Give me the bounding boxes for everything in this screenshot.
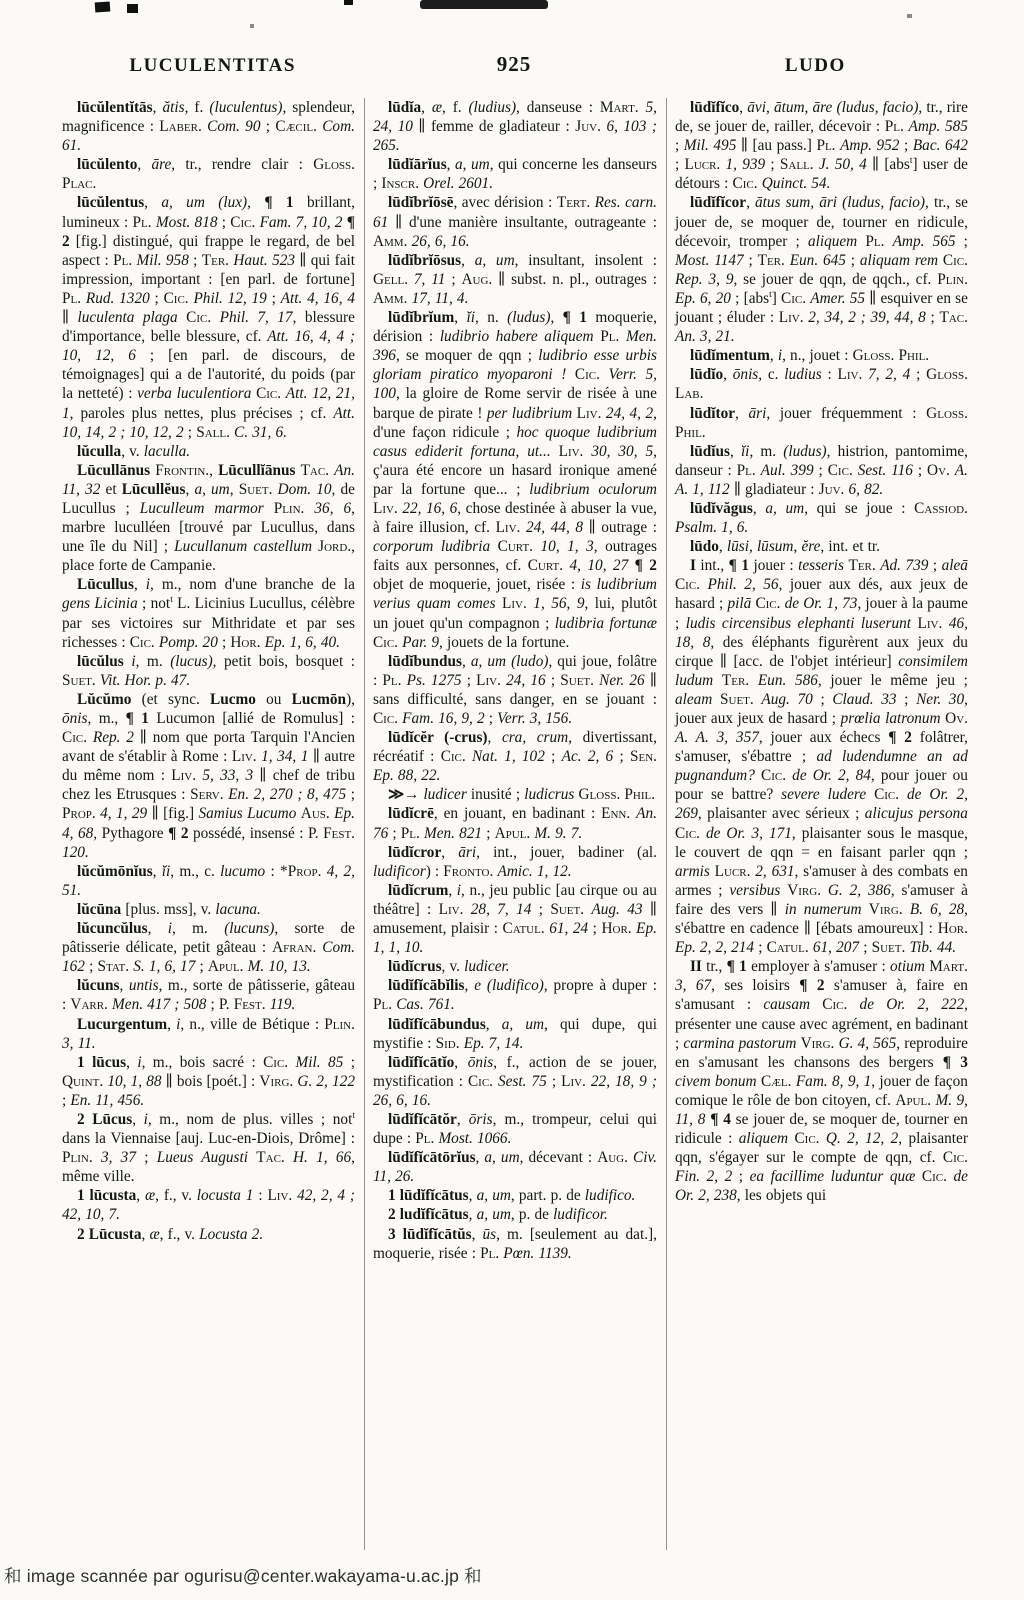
dictionary-entry: lūdĭtor, āri, jouer fréquemment : Gloss.… [675, 404, 968, 442]
dictionary-entry: lūdĭbundus, a, um (ludo), qui joue, folâ… [373, 652, 657, 728]
scan-artifact [344, 0, 353, 5]
dictionary-entry: II tr., ¶ 1 employer à s'amuser : otium … [675, 957, 968, 1205]
dictionary-entry: 1 lūdĭfĭcātus, a, um, part. p. de ludifi… [373, 1186, 657, 1205]
dictionary-entry: lŭculla, v. laculla. [62, 442, 355, 461]
dictionary-entry: lūdĭmentum, i, n., jouet : Gloss. Phil. [675, 346, 968, 365]
dictionary-entry: lūdĭfĭco, āvi, ātum, āre (ludus, facio),… [675, 98, 968, 193]
scan-artifact [907, 14, 912, 18]
dictionary-entry: lŭcūna [plus. mss], v. lacuna. [62, 900, 355, 919]
scan-artifact [250, 24, 254, 28]
dictionary-entry: ≫→ ludicer inusité ; ludicrus Gloss. Phi… [373, 785, 657, 804]
dictionary-entry: lūdĭfĭcātōrĭus, a, um, décevant : Aug. C… [373, 1148, 657, 1186]
dictionary-entry: lŭcuncŭlus, i, m. (lucuns), sorte de pât… [62, 919, 355, 976]
dictionary-entry: 2 Lūcus, i, m., nom de plus. villes ; no… [62, 1110, 355, 1186]
dictionary-entry: lŭcŭmōnĭus, ĭi, m., c. lucumo : *Prop. 4… [62, 862, 355, 900]
dictionary-entry: lūdĭfĭcātĭo, ōnis, f., action de se joue… [373, 1053, 657, 1110]
dictionary-entry: lūdĭfĭcor, ātus sum, āri (ludus, facio),… [675, 193, 968, 346]
dictionary-entry: lūdĭvăgus, a, um, qui se joue : Cassiod.… [675, 499, 968, 537]
column-2: lūdĭa, æ, f. (ludius), danseuse : Mart. … [364, 98, 666, 1550]
scan-artifact [95, 1, 111, 12]
running-head-left: LUCULENTITAS [129, 55, 296, 76]
dictionary-entry: lūdĭcror, āri, int., jouer, badiner (al.… [373, 843, 657, 881]
dictionary-entry: lūdo, lūsi, lūsum, ĕre, int. et tr. [675, 537, 968, 556]
dictionary-entry: lūdĭbrĭōsē, avec dérision : Tert. Res. c… [373, 193, 657, 250]
dictionary-entry: lūdĭbrĭōsus, a, um, insultant, insolent … [373, 251, 657, 308]
dictionary-entry: Lūcullānus Frontin., Lūcullĭānus Tac. An… [62, 461, 355, 576]
dictionary-entry: lūdĭus, ĭi, m. (ludus), histrion, pantom… [675, 442, 968, 499]
dictionary-entry: lūcŭlentĭtās, ătis, f. (luculentus), spl… [62, 98, 355, 155]
dictionary-entry: lūdĭfĭcābĭlis, e (ludifico), propre à du… [373, 976, 657, 1014]
dictionary-entry: lŭcuns, untis, m., sorte de pâtisserie, … [62, 976, 355, 1014]
dictionary-entry: lūcŭlento, āre, tr., rendre clair : Glos… [62, 155, 355, 193]
dictionary-entry: lūdĭcrus, v. ludicer. [373, 957, 657, 976]
dictionary-entry: Lŭcŭmo (et sync. Lucmo ou Lucmōn), ōnis,… [62, 690, 355, 862]
dictionary-entry: lūdĭfĭcābundus, a, um, qui dupe, qui mys… [373, 1015, 657, 1053]
dictionary-entry: lūdĭcrē, en jouant, en badinant : Enn. A… [373, 804, 657, 842]
page-number: 925 [497, 52, 532, 76]
dictionary-entry: lūdĭo, ōnis, c. ludius : Liv. 7, 2, 4 ; … [675, 365, 968, 403]
dictionary-entry: 1 lūcusta, æ, f., v. locusta 1 : Liv. 42… [62, 1186, 355, 1224]
page-header: LUCULENTITAS 925 LUDO [62, 52, 966, 77]
running-head-right: LUDO [785, 55, 846, 76]
dictionary-entry: Lucurgentum, i, n., ville de Bétique : P… [62, 1015, 355, 1053]
scan-credit: 和 image scannée par ogurisu@center.wakay… [4, 1563, 482, 1588]
dictionary-entry: Lūcullus, i, m., nom d'une branche de la… [62, 575, 355, 651]
dictionary-entry: 1 lūcus, i, m., bois sacré : Cic. Mil. 8… [62, 1053, 355, 1110]
dictionary-entry: lūcŭlus i, m. (lucus), petit bois, bosqu… [62, 652, 355, 690]
dictionary-entry: lūdĭfĭcātŏr, ōris, m., trompeur, celui q… [373, 1110, 657, 1148]
dictionary-entry: lūcŭlentus, a, um (lux), ¶ 1 brillant, l… [62, 193, 355, 441]
column-3: lūdĭfĭco, āvi, ātum, āre (ludus, facio),… [666, 98, 968, 1550]
dictionary-entry: 3 lūdĭfĭcātŭs, ūs, m. [seulement au dat.… [373, 1225, 657, 1263]
dictionary-entry: lūdĭcĕr (-crus), cra, crum, divertissant… [373, 728, 657, 785]
scan-artifact [420, 0, 548, 9]
dictionary-entry: I int., ¶ 1 jouer : tesseris Ter. Ad. 73… [675, 556, 968, 957]
dictionary-page-scan: LUCULENTITAS 925 LUDO lūcŭlentĭtās, ătis… [0, 0, 1024, 1600]
dictionary-entry: lūdĭa, æ, f. (ludius), danseuse : Mart. … [373, 98, 657, 155]
dictionary-entry: lūdĭbrĭum, ĭi, n. (ludus), ¶ 1 moquerie,… [373, 308, 657, 652]
dictionary-entry: lūdĭcrum, i, n., jeu public [au cirque o… [373, 881, 657, 957]
dictionary-entry: 2 ludĭfĭcātus, a, um, p. de ludificor. [373, 1205, 657, 1224]
dictionary-entry: 2 Lūcusta, æ, f., v. Locusta 2. [62, 1225, 355, 1244]
scan-artifact [127, 4, 138, 13]
dictionary-entry: lūdĭārĭus, a, um, qui concerne les danse… [373, 155, 657, 193]
column-1: lūcŭlentĭtās, ătis, f. (luculentus), spl… [62, 98, 364, 1550]
text-columns: lūcŭlentĭtās, ătis, f. (luculentus), spl… [62, 98, 968, 1550]
